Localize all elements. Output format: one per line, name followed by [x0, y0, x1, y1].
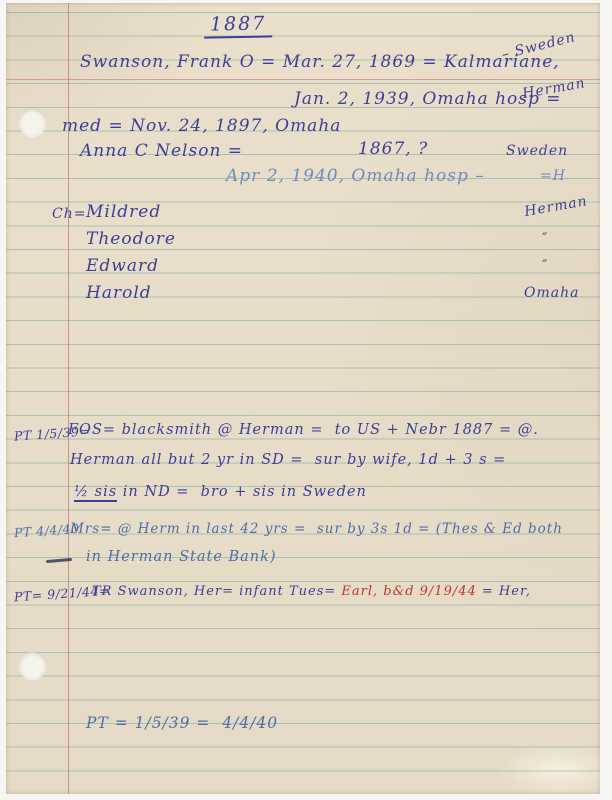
note1-line2: Herman all but 2 yr in SD = sur by wife,… — [70, 453, 506, 469]
entry-spouse-death-line: Apr 2, 1940, Omaha hosp – — [226, 167, 485, 186]
note1-line3: ½ sis in ND = bro + sis in Sweden — [74, 485, 367, 501]
entry-spouse-birth-country: Sweden — [506, 144, 568, 159]
child-name: Harold — [86, 284, 152, 303]
red-header-rule — [6, 79, 600, 80]
entry-spouse-death-annotation: =H — [540, 169, 566, 184]
page-year-heading: 1887 — [204, 13, 273, 38]
footer-date-note: PT = 1/5/39 = 4/4/40 — [86, 715, 278, 732]
child-place: Omaha — [524, 286, 579, 301]
child-name: Theodore — [86, 230, 176, 249]
note3-text-red: Earl, b&d 9/19/44 — [341, 584, 476, 599]
child-place: ″ — [542, 259, 548, 274]
scanned-genealogy-page: { "document": { "year_heading": "1887", … — [0, 0, 612, 800]
note3-text-end: = Her, — [477, 584, 531, 599]
note1-line1: FOS= blacksmith @ Herman = to US + Nebr … — [68, 423, 539, 439]
note3-line: TR Swanson, Her= infant Tues= Earl, b&d … — [92, 585, 531, 599]
note2-line2: in Herman State Bank) — [86, 550, 277, 566]
entry-spouse-name: Anna C Nelson = — [80, 142, 243, 161]
entry-spouse-birth: 1867, ? — [358, 140, 428, 159]
child-name: Edward — [86, 257, 159, 276]
child-place: ″ — [542, 232, 548, 247]
note2-line1: Mrs= @ Herm in last 42 yrs = sur by 3s 1… — [70, 522, 563, 537]
note1-line3-underlined: ½ sis — [74, 484, 117, 502]
entry-name-birth-line: Swanson, Frank O = Mar. 27, 1869 = Kalma… — [80, 53, 560, 72]
punch-hole-top — [19, 109, 46, 136]
punch-hole-bottom — [19, 652, 46, 679]
children-label: Ch= — [52, 207, 86, 222]
entry-marriage-line: med = Nov. 24, 1897, Omaha — [62, 117, 341, 136]
note3-text-blue: TR Swanson, Her= infant Tues= — [92, 584, 341, 599]
notebook-paper: 1887 Swanson, Frank O = Mar. 27, 1869 = … — [6, 3, 600, 794]
note1-line3-rest: in ND = bro + sis in Sweden — [117, 484, 367, 500]
child-place: Herman — [523, 194, 589, 220]
child-name: Mildred — [86, 203, 161, 222]
